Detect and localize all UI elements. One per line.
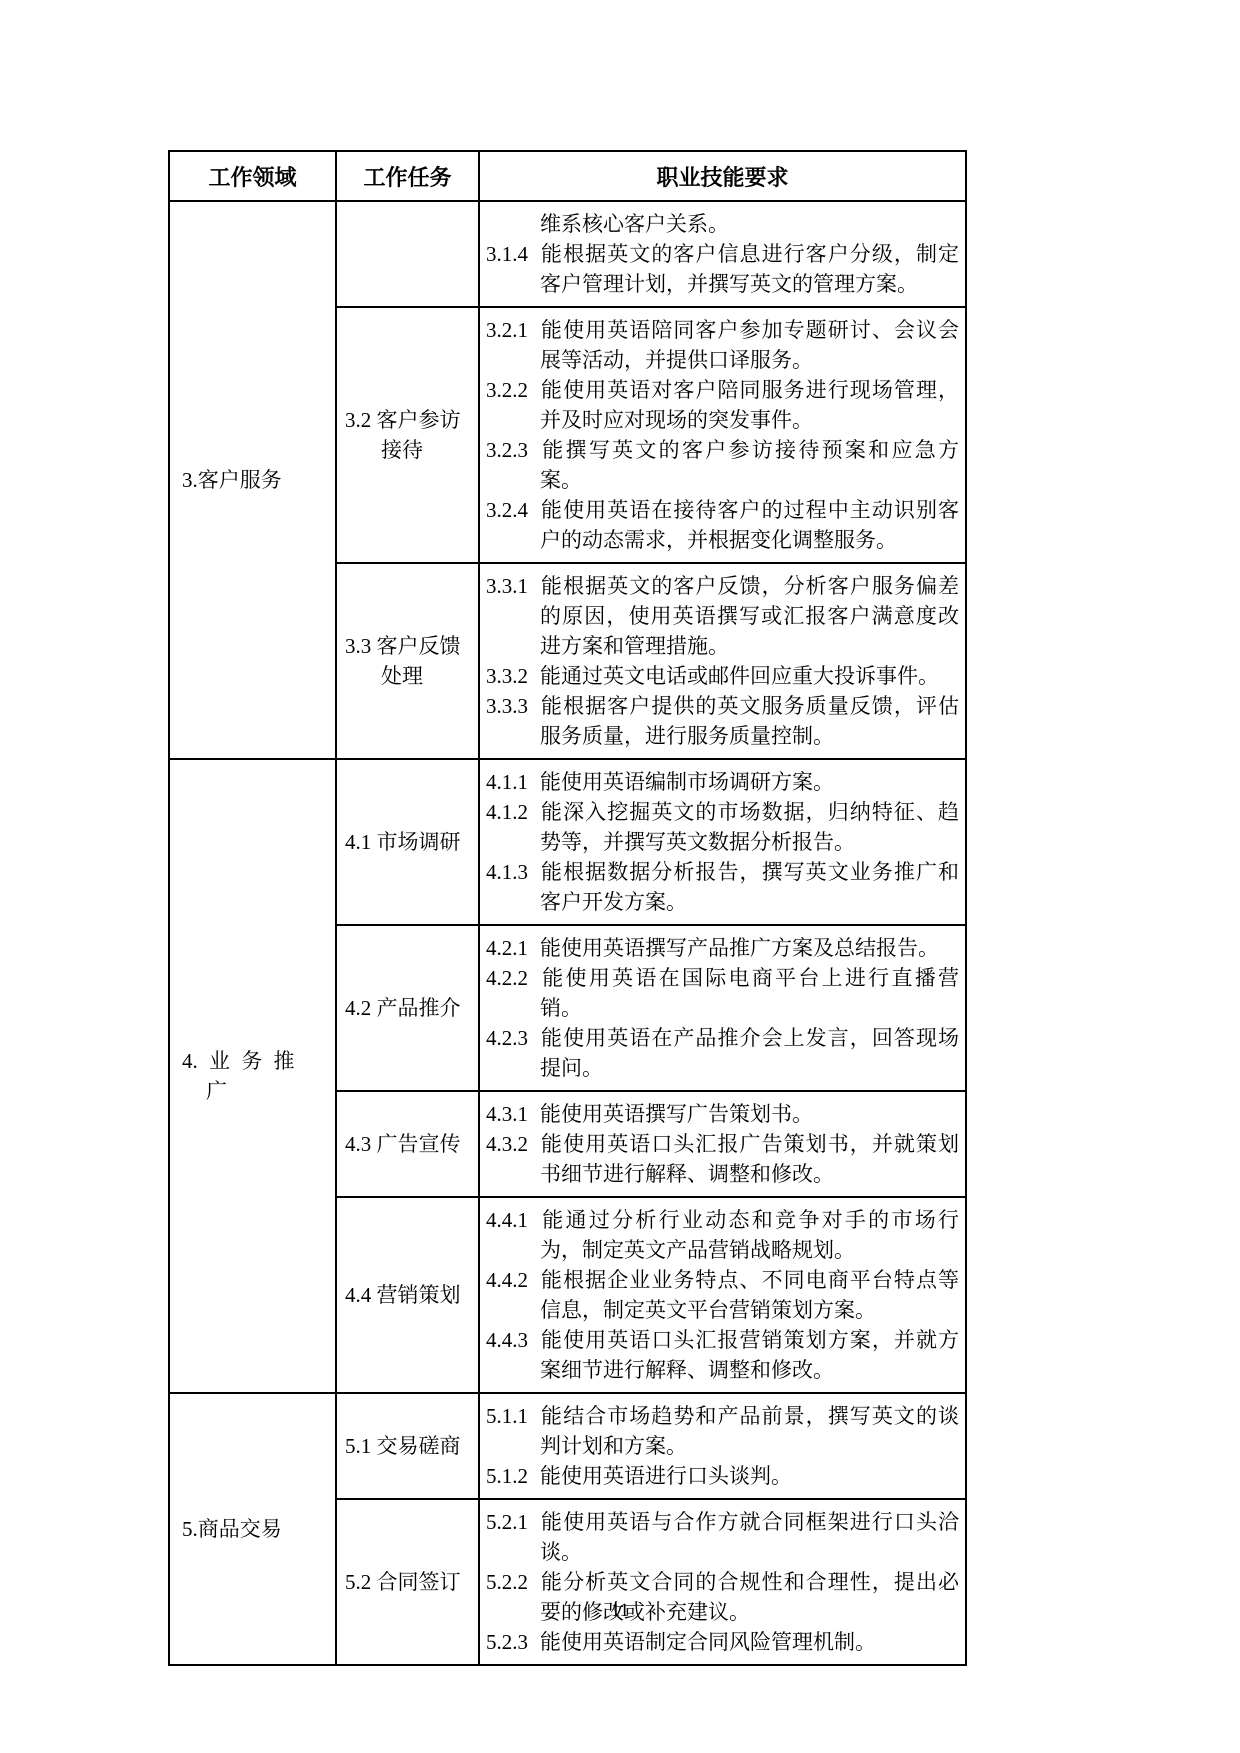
table-header-row: 工作领域 工作任务 职业技能要求	[169, 151, 966, 201]
work-area-label: 广	[182, 1076, 329, 1106]
skill-number: 5.1.2	[486, 1461, 540, 1491]
skill-number: 3.2.2	[486, 375, 540, 405]
skill-number: 5.1.1	[486, 1401, 540, 1431]
page-number: 11	[0, 1600, 1240, 1622]
skill-number: 3.3.2	[486, 661, 540, 691]
work-task-cell	[336, 201, 479, 307]
skill-item: 4.3.2能使用英语口头汇报广告策划书，并就策划书细节进行解释、调整和修改。	[486, 1129, 959, 1189]
skill-item: 3.3.3能根据客户提供的英文服务质量反馈，评估服务质量，进行服务质量控制。	[486, 691, 959, 751]
work-area-cell: 5.商品交易	[169, 1393, 336, 1665]
work-area-cell: 4. 业 务 推广	[169, 759, 336, 1393]
skill-item: 3.2.2能使用英语对客户陪同服务进行现场管理，并及时应对现场的突发事件。	[486, 375, 959, 435]
skill-number: 4.1.3	[486, 857, 540, 887]
skill-item: 5.1.1能结合市场趋势和产品前景，撰写英文的谈判计划和方案。	[486, 1401, 959, 1461]
skill-requirements-cell: 维系核心客户关系。3.1.4能根据英文的客户信息进行客户分级，制定客户管理计划，…	[479, 201, 966, 307]
skill-number: 4.4.3	[486, 1325, 540, 1355]
skill-number: 3.2.1	[486, 315, 540, 345]
work-task-cell: 5.2 合同签订	[336, 1499, 479, 1665]
skill-requirements-cell: 4.3.1能使用英语撰写广告策划书。4.3.2能使用英语口头汇报广告策划书，并就…	[479, 1091, 966, 1197]
skill-item: 4.1.3能根据数据分析报告，撰写英文业务推广和客户开发方案。	[486, 857, 959, 917]
skill-number: 4.1.2	[486, 797, 540, 827]
skill-item: 维系核心客户关系。	[486, 209, 959, 239]
skill-item: 4.1.1能使用英语编制市场调研方案。	[486, 767, 959, 797]
work-task-cell: 4.4 营销策划	[336, 1197, 479, 1393]
skill-requirements-cell: 3.3.1能根据英文的客户反馈，分析客户服务偏差的原因，使用英语撰写或汇报客户满…	[479, 563, 966, 759]
work-task-label: 处理	[345, 661, 474, 691]
work-area-label: 3.客户服务	[182, 465, 329, 495]
skill-item: 3.3.2能通过英文电话或邮件回应重大投诉事件。	[486, 661, 959, 691]
document-page: 工作领域 工作任务 职业技能要求 3.客户服务维系核心客户关系。3.1.4能根据…	[0, 0, 1240, 1753]
skill-requirements-cell: 4.2.1能使用英语撰写产品推广方案及总结报告。4.2.2能使用英语在国际电商平…	[479, 925, 966, 1091]
skill-number: 3.2.4	[486, 495, 540, 525]
work-task-label: 5.2 合同签订	[345, 1567, 474, 1597]
skill-item: 3.1.4能根据英文的客户信息进行客户分级，制定客户管理计划，并撰写英文的管理方…	[486, 239, 959, 299]
skill-item: 4.2.2能使用英语在国际电商平台上进行直播营销。	[486, 963, 959, 1023]
skill-item: 3.3.1能根据英文的客户反馈，分析客户服务偏差的原因，使用英语撰写或汇报客户满…	[486, 571, 959, 661]
skill-item: 4.4.3能使用英语口头汇报营销策划方案，并就方案细节进行解释、调整和修改。	[486, 1325, 959, 1385]
skill-number: 4.3.1	[486, 1099, 540, 1129]
skill-number: 4.4.1	[486, 1205, 540, 1235]
skill-number: 3.3.1	[486, 571, 540, 601]
skill-number: 4.4.2	[486, 1265, 540, 1295]
header-work-task: 工作任务	[336, 151, 479, 201]
work-task-cell: 4.1 市场调研	[336, 759, 479, 925]
work-task-cell: 4.2 产品推介	[336, 925, 479, 1091]
skill-item: 4.2.1能使用英语撰写产品推广方案及总结报告。	[486, 933, 959, 963]
skill-number: 4.2.1	[486, 933, 540, 963]
work-task-label: 4.4 营销策划	[345, 1280, 474, 1310]
skill-item: 4.4.2能根据企业业务特点、不同电商平台特点等信息，制定英文平台营销策划方案。	[486, 1265, 959, 1325]
skill-number: 4.2.2	[486, 963, 540, 993]
skill-item: 5.2.1能使用英语与合作方就合同框架进行口头洽谈。	[486, 1507, 959, 1567]
skill-number: 4.1.1	[486, 767, 540, 797]
skill-number: 4.2.3	[486, 1023, 540, 1053]
table-row: 4. 业 务 推广4.1 市场调研4.1.1能使用英语编制市场调研方案。4.1.…	[169, 759, 966, 925]
skill-item: 4.3.1能使用英语撰写广告策划书。	[486, 1099, 959, 1129]
work-task-label: 5.1 交易磋商	[345, 1431, 474, 1461]
work-task-label: 3.2 客户参访	[345, 405, 474, 435]
skill-number: 3.1.4	[486, 239, 540, 269]
skill-item: 5.1.2能使用英语进行口头谈判。	[486, 1461, 959, 1491]
table-header: 工作领域 工作任务 职业技能要求	[169, 151, 966, 201]
table-body: 3.客户服务维系核心客户关系。3.1.4能根据英文的客户信息进行客户分级，制定客…	[169, 201, 966, 1665]
work-area-label: 4. 业 务 推	[182, 1046, 329, 1076]
skill-number: 5.2.2	[486, 1567, 540, 1597]
skill-item: 4.2.3能使用英语在产品推介会上发言，回答现场提问。	[486, 1023, 959, 1083]
skill-number: 5.2.3	[486, 1627, 540, 1657]
work-task-label: 4.2 产品推介	[345, 993, 474, 1023]
skill-item: 3.2.3能撰写英文的客户参访接待预案和应急方案。	[486, 435, 959, 495]
work-task-label: 3.3 客户反馈	[345, 631, 474, 661]
skill-requirements-table: 工作领域 工作任务 职业技能要求 3.客户服务维系核心客户关系。3.1.4能根据…	[168, 150, 967, 1666]
header-work-area: 工作领域	[169, 151, 336, 201]
work-area-cell: 3.客户服务	[169, 201, 336, 759]
skill-number: 4.3.2	[486, 1129, 540, 1159]
work-task-cell: 3.2 客户参访接待	[336, 307, 479, 563]
table-row: 3.客户服务维系核心客户关系。3.1.4能根据英文的客户信息进行客户分级，制定客…	[169, 201, 966, 307]
work-task-cell: 5.1 交易磋商	[336, 1393, 479, 1499]
skill-requirements-cell: 5.2.1能使用英语与合作方就合同框架进行口头洽谈。5.2.2能分析英文合同的合…	[479, 1499, 966, 1665]
skill-number: 5.2.1	[486, 1507, 540, 1537]
work-task-cell: 4.3 广告宣传	[336, 1091, 479, 1197]
skill-requirements-cell: 4.4.1能通过分析行业动态和竞争对手的市场行为，制定英文产品营销战略规划。4.…	[479, 1197, 966, 1393]
table-row: 5.商品交易5.1 交易磋商5.1.1能结合市场趋势和产品前景，撰写英文的谈判计…	[169, 1393, 966, 1499]
skill-number: 3.3.3	[486, 691, 540, 721]
skill-item: 4.4.1能通过分析行业动态和竞争对手的市场行为，制定英文产品营销战略规划。	[486, 1205, 959, 1265]
skill-number: 3.2.3	[486, 435, 540, 465]
work-task-label: 4.1 市场调研	[345, 827, 474, 857]
skill-item: 5.2.3能使用英语制定合同风险管理机制。	[486, 1627, 959, 1657]
work-area-label: 5.商品交易	[182, 1514, 329, 1544]
skill-requirements-cell: 3.2.1能使用英语陪同客户参加专题研讨、会议会展等活动，并提供口译服务。3.2…	[479, 307, 966, 563]
skill-requirements-cell: 4.1.1能使用英语编制市场调研方案。4.1.2能深入挖掘英文的市场数据，归纳特…	[479, 759, 966, 925]
work-task-label: 4.3 广告宣传	[345, 1129, 474, 1159]
work-task-cell: 3.3 客户反馈处理	[336, 563, 479, 759]
skill-item: 3.2.4能使用英语在接待客户的过程中主动识别客户的动态需求，并根据变化调整服务…	[486, 495, 959, 555]
skill-item: 3.2.1能使用英语陪同客户参加专题研讨、会议会展等活动，并提供口译服务。	[486, 315, 959, 375]
work-task-label: 接待	[345, 435, 474, 465]
skill-requirements-cell: 5.1.1能结合市场趋势和产品前景，撰写英文的谈判计划和方案。5.1.2能使用英…	[479, 1393, 966, 1499]
skill-item: 4.1.2能深入挖掘英文的市场数据，归纳特征、趋势等，并撰写英文数据分析报告。	[486, 797, 959, 857]
header-skill-requirements: 职业技能要求	[479, 151, 966, 201]
